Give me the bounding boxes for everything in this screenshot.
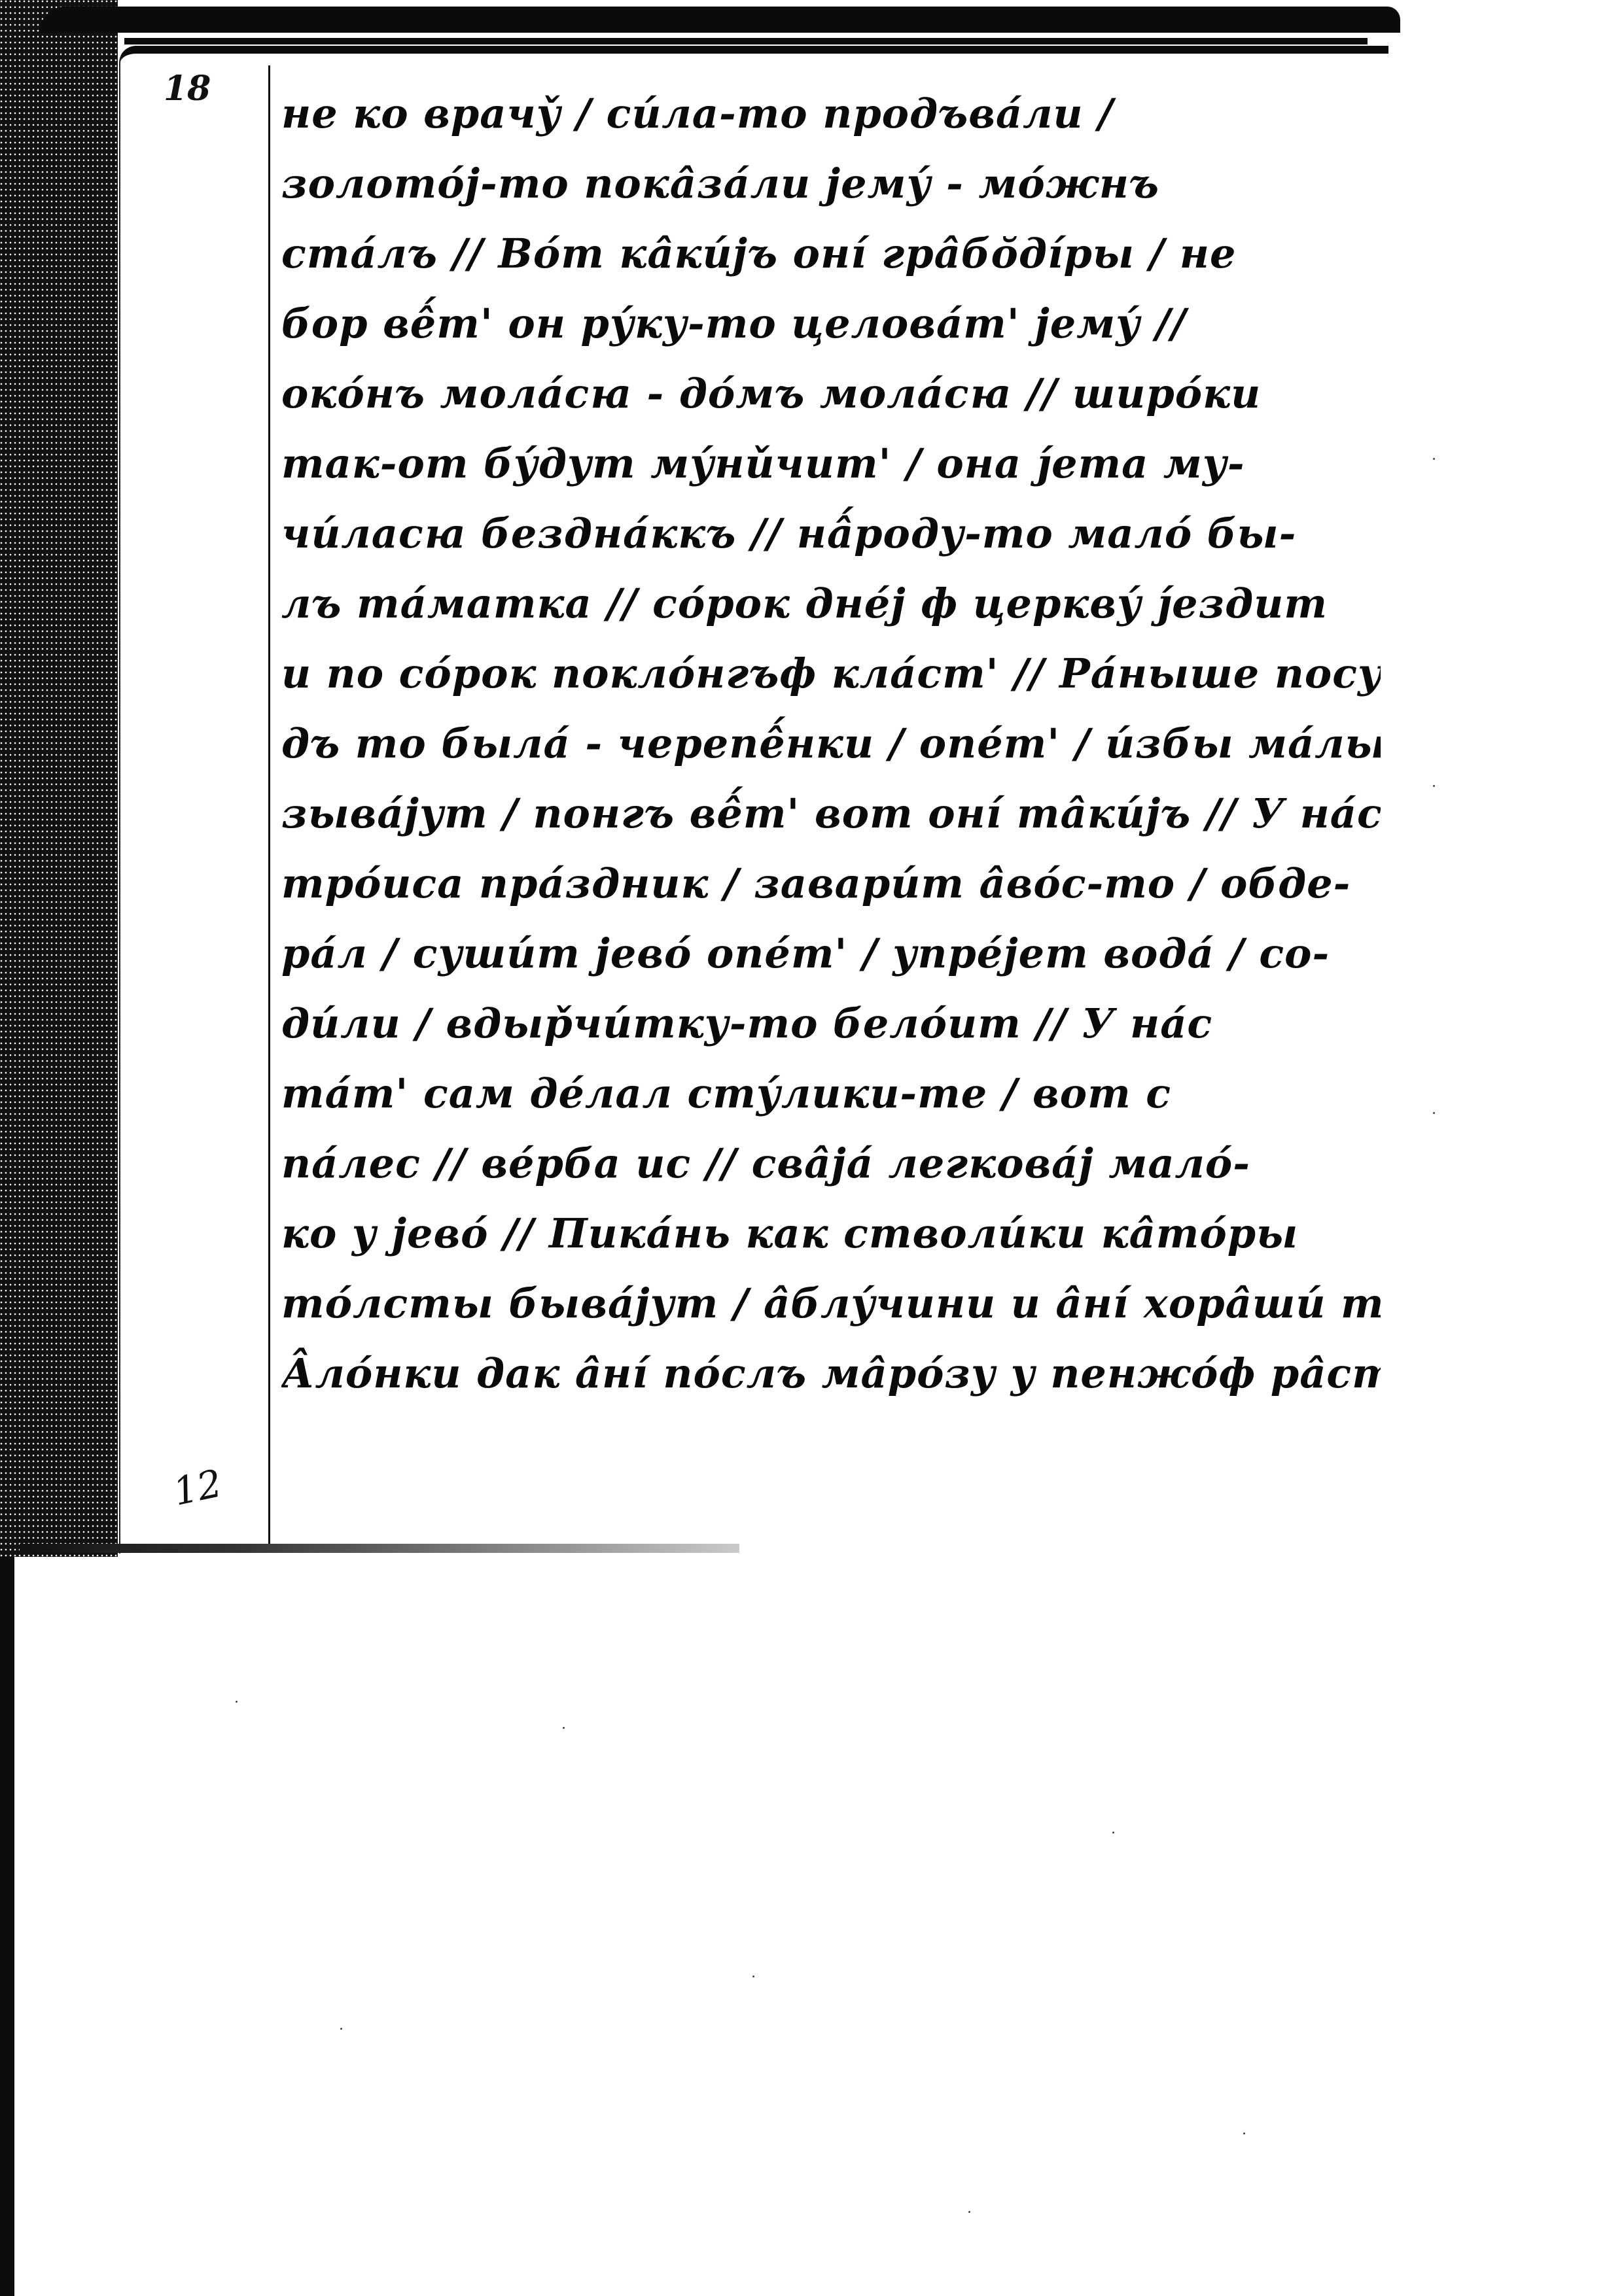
- card-holder-curl: [39, 7, 1400, 33]
- text-line: то́лсты быва́јут / а̂блу́чини и а̂ні́ хо…: [281, 1268, 1381, 1338]
- text-line: зыва́јут / понгъ ве̂́т' вот оні́ та̂ки́ј…: [281, 778, 1381, 848]
- text-line: А̂ло́нки дак а̂ні́ по́слъ ма̂ро́зу у пен…: [281, 1338, 1381, 1408]
- text-line: и по со́рок покло́нгъф кла́ст' // Ра́ныш…: [281, 638, 1381, 708]
- text-line: так-от бу́дут му́ни̌чит' / она ј́ета му-: [281, 428, 1381, 498]
- text-line: та́т' сам де́лал сту́лики-те / вот с: [281, 1058, 1381, 1128]
- text-line: ко у јево́ // Пика́нь как стволи́ки ка̂т…: [281, 1198, 1381, 1268]
- binding-halftone-strip: [0, 0, 118, 1557]
- page-number: 18: [164, 69, 211, 109]
- text-line: не ко врачу̌ / си́ла-то продъва́ли /: [281, 78, 1381, 148]
- card-top-border: [124, 38, 1368, 44]
- card-bottom-shadow: [20, 1544, 739, 1553]
- text-line: дъ то была́ - черепе̂́нки / опе́т' / и́з…: [281, 708, 1381, 778]
- text-line: тро́иса пра́здник / завари́т а̂во́с-то /…: [281, 848, 1381, 918]
- text-line: чи́ласꙗ бездна́ккъ // на̂́роду-то мало́ …: [281, 498, 1381, 568]
- text-line: па́лес // ве́рба ис // сва̂ја́ легкова́ј…: [281, 1128, 1381, 1198]
- handwritten-text-block: не ко врачу̌ / си́ла-то продъва́ли / зол…: [281, 78, 1381, 1408]
- text-line: ди́ли / вдыр̌чи́тку-то бело́ит // У на́с: [281, 988, 1381, 1058]
- text-line: ста́лъ // Во́т ка̂ки́јъ оні́ гра̂бо̆ді́р…: [281, 218, 1381, 288]
- text-line: око́нъ мола́сꙗ - до́мъ мола́сꙗ // широ́к…: [281, 358, 1381, 428]
- margin-rule-line: [268, 65, 270, 1544]
- text-line: золото́ј-то пока̂за́ли јему́ - мо́жнъ: [281, 148, 1381, 218]
- text-line: бор ве̂́т' он ру́ку-то целова́т' јему́ /…: [281, 288, 1381, 358]
- text-line: лъ та́матка // со́рок дне́ј ф церкву́ ј́…: [281, 568, 1381, 638]
- scan-edge-strip: [0, 1557, 14, 2296]
- text-line: ра́л / суши́т јево́ опе́т' / упре́јет во…: [281, 918, 1381, 988]
